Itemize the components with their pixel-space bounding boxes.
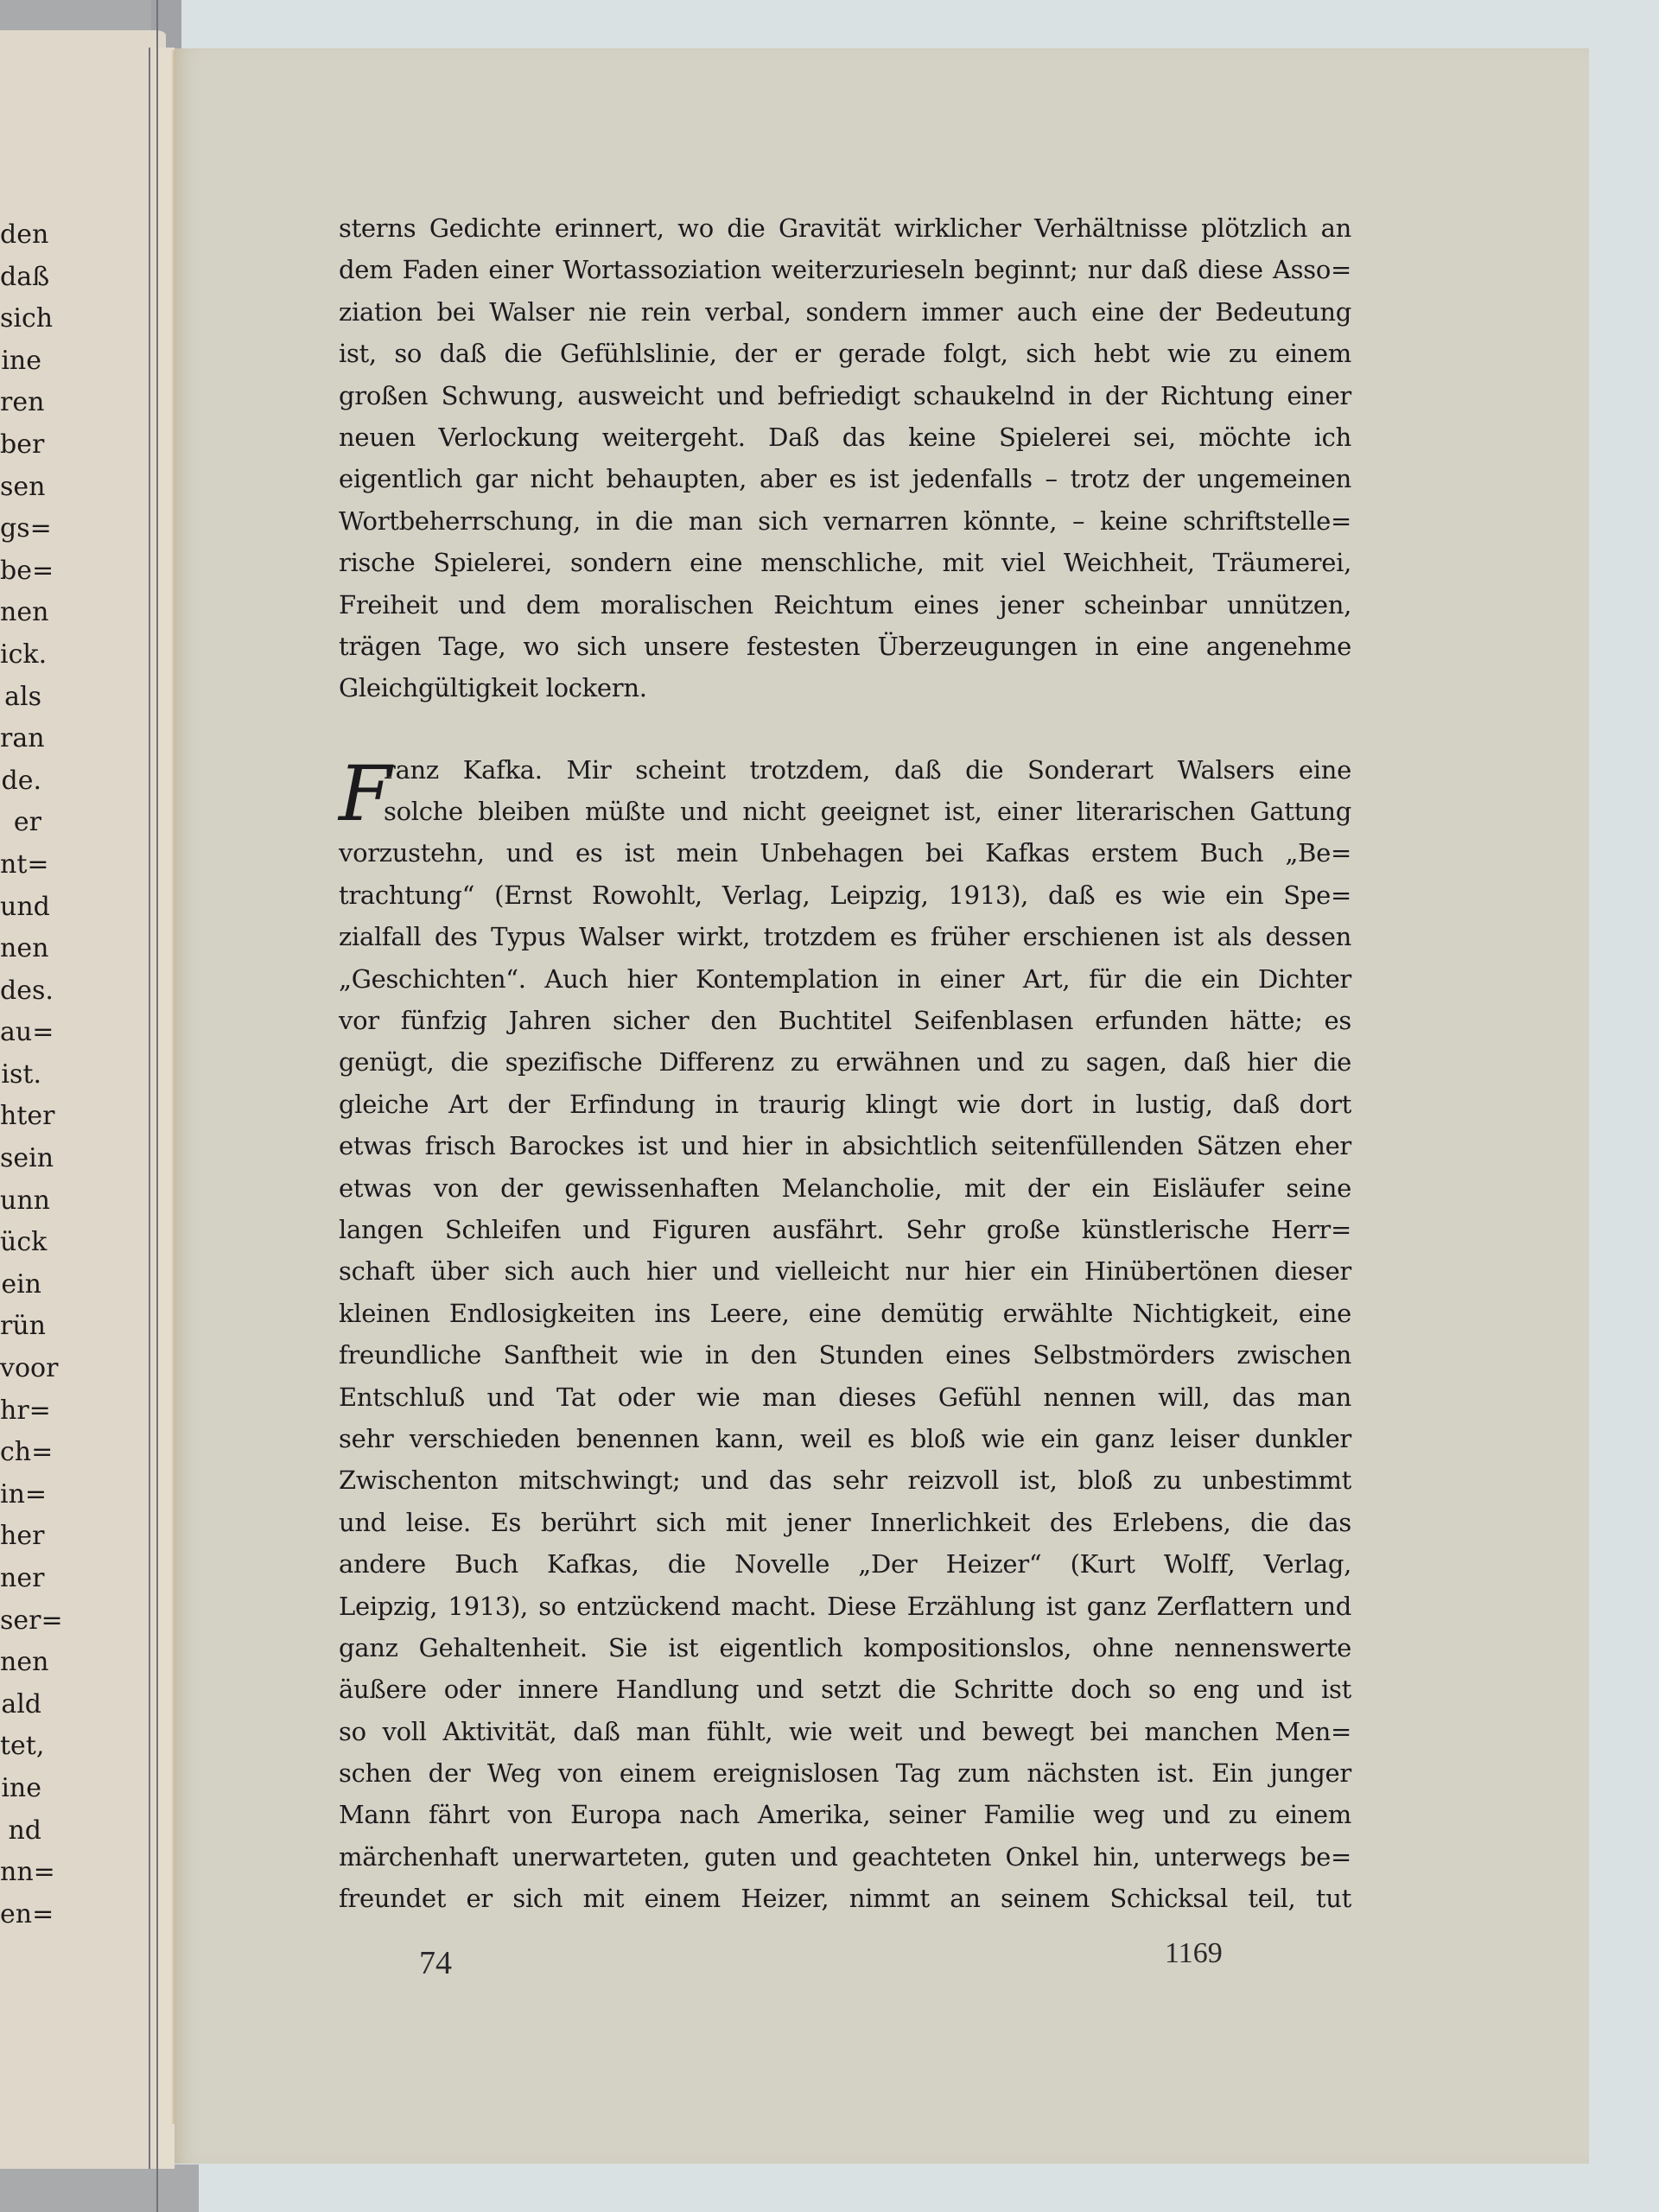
left-text-fragment: her bbox=[0, 1516, 41, 1558]
text-line: vor fünfzig Jahren sicher den Buchtitel … bbox=[339, 1000, 1351, 1041]
text-line: Zwischenton mitschwingt; und das sehr re… bbox=[339, 1459, 1351, 1501]
text-line: sterns Gedichte erinnert, wo die Gravitä… bbox=[339, 207, 1351, 249]
left-text-fragment: hr= bbox=[0, 1390, 41, 1433]
paragraph-gap bbox=[339, 709, 1351, 749]
left-text-fragment: ser= bbox=[0, 1600, 41, 1643]
text-line: kleinen Endlosigkeiten ins Leere, eine d… bbox=[339, 1293, 1351, 1334]
text-line: märchenhaft unerwarteten, guten und geac… bbox=[339, 1836, 1351, 1878]
left-text-fragment: und bbox=[0, 887, 41, 929]
text-line: ranz Kafka. Mir scheint trotzdem, daß di… bbox=[339, 749, 1351, 791]
text-line: Freiheit und dem moralischen Reichtum ei… bbox=[339, 584, 1351, 626]
text-line: Mann fährt von Europa nach Amerika, sein… bbox=[339, 1794, 1351, 1835]
text-line: solche bleiben müßte und nicht geeignet … bbox=[339, 791, 1351, 832]
text-line: schaft über sich auch hier und vielleich… bbox=[339, 1250, 1351, 1292]
left-text-fragment: ick. bbox=[0, 634, 41, 677]
left-text-fragment: ch= bbox=[0, 1432, 41, 1474]
text-line: Wortbeherrschung, in die man sich vernar… bbox=[339, 500, 1351, 542]
left-text-fragment: au= bbox=[0, 1012, 41, 1054]
left-text-fragment: be= bbox=[0, 550, 41, 593]
left-text-fragment: nen bbox=[0, 592, 41, 634]
left-text-fragment: sein bbox=[0, 1138, 41, 1180]
left-text-fragment: als bbox=[0, 677, 41, 719]
left-text-fragment: ück bbox=[0, 1222, 41, 1264]
left-text-fragment: nen bbox=[0, 928, 41, 970]
left-text-fragment: ine bbox=[0, 1768, 41, 1810]
left-text-fragment: voor bbox=[0, 1348, 41, 1390]
left-text-fragment: hter bbox=[0, 1096, 41, 1138]
text-line: freundet er sich mit einem Heizer, nimmt… bbox=[339, 1878, 1351, 1919]
text-line: dem Faden einer Wortassoziation weiterzu… bbox=[339, 249, 1351, 290]
left-text-fragment: nd bbox=[0, 1810, 41, 1853]
left-text-fragment: tet, bbox=[0, 1726, 41, 1768]
text-line: „Geschichten“. Auch hier Kontemplation i… bbox=[339, 958, 1351, 1000]
text-line: zialfall des Typus Walser wirkt, trotzde… bbox=[339, 916, 1351, 957]
text-line: großen Schwung, ausweicht und befriedigt… bbox=[339, 375, 1351, 416]
page-number-outer: 1169 bbox=[1165, 1937, 1223, 1970]
page-edge-line bbox=[149, 48, 150, 2169]
left-text-fragment: ren bbox=[0, 382, 41, 424]
dropcap-letter: F bbox=[339, 756, 391, 832]
paragraph-kafka: F ranz Kafka. Mir scheint trotzdem, daß … bbox=[339, 749, 1351, 1920]
left-text-fragment: er bbox=[0, 802, 41, 844]
left-text-fragment: en= bbox=[0, 1894, 41, 1936]
left-text-fragment: nt= bbox=[0, 844, 41, 887]
text-line: Gleichgültigkeit lockern. bbox=[339, 667, 1351, 709]
left-text-fragment: gs= bbox=[0, 508, 41, 550]
text-line: schen der Weg von einem ereignislosen Ta… bbox=[339, 1752, 1351, 1794]
paragraph-walser: sterns Gedichte erinnert, wo die Gravitä… bbox=[339, 207, 1351, 709]
text-line: sehr verschieden benennen kann, weil es … bbox=[339, 1418, 1351, 1459]
body-text: sterns Gedichte erinnert, wo die Gravitä… bbox=[339, 207, 1351, 1920]
text-line: trachtung“ (Ernst Rowohlt, Verlag, Leipz… bbox=[339, 874, 1351, 916]
text-line: etwas von der gewissenhaften Melancholie… bbox=[339, 1167, 1351, 1209]
text-line: und leise. Es berührt sich mit jener Inn… bbox=[339, 1502, 1351, 1543]
left-text-fragment: des. bbox=[0, 970, 41, 1013]
left-text-fragment: ald bbox=[0, 1684, 41, 1726]
left-text-fragment: den bbox=[0, 214, 41, 257]
left-text-fragment: rün bbox=[0, 1306, 41, 1348]
left-text-fragment: de. bbox=[0, 760, 41, 803]
left-text-fragment: ber bbox=[0, 424, 41, 467]
text-line: neuen Verlockung weitergeht. Daß das kei… bbox=[339, 416, 1351, 458]
text-line: Leipzig, 1913), so entzückend macht. Die… bbox=[339, 1586, 1351, 1627]
left-page-text-fragments: dendaßsichinerenbersengs=be=nenick.alsra… bbox=[0, 214, 41, 1935]
text-line: eigentlich gar nicht behaupten, aber es … bbox=[339, 458, 1351, 499]
left-text-fragment: nen bbox=[0, 1642, 41, 1684]
text-line: rische Spielerei, sondern eine menschlic… bbox=[339, 542, 1351, 583]
text-line: genügt, die spezifische Differenz zu erw… bbox=[339, 1041, 1351, 1083]
left-text-fragment: ner bbox=[0, 1558, 41, 1600]
text-line: andere Buch Kafkas, die Novelle „Der Hei… bbox=[339, 1543, 1351, 1585]
text-line: freundliche Sanftheit wie in den Stunden… bbox=[339, 1334, 1351, 1376]
page-number-inner: 74 bbox=[419, 1944, 452, 1982]
left-text-fragment: daß bbox=[0, 257, 41, 299]
background-bottom-left bbox=[0, 2164, 199, 2212]
left-text-fragment: unn bbox=[0, 1180, 41, 1223]
left-text-fragment: ine bbox=[0, 340, 41, 383]
text-line: so voll Aktivität, daß man fühlt, wie we… bbox=[339, 1711, 1351, 1752]
text-line: ganz Gehaltenheit. Sie ist eigentlich ko… bbox=[339, 1627, 1351, 1669]
left-text-fragment: ist. bbox=[0, 1054, 41, 1096]
left-text-fragment: in= bbox=[0, 1474, 41, 1516]
text-line: ist, so daß die Gefühlslinie, der er ger… bbox=[339, 333, 1351, 374]
text-line: ziation bei Walser nie rein verbal, sond… bbox=[339, 291, 1351, 333]
page-edge-line bbox=[156, 0, 158, 2212]
text-line: langen Schleifen und Figuren ausfährt. S… bbox=[339, 1209, 1351, 1250]
right-page: sterns Gedichte erinnert, wo die Gravitä… bbox=[175, 48, 1589, 2164]
text-line: Entschluß und Tat oder wie man dieses Ge… bbox=[339, 1376, 1351, 1418]
text-line: gleiche Art der Erfindung in traurig kli… bbox=[339, 1084, 1351, 1125]
text-line: etwas frisch Barockes ist und hier in ab… bbox=[339, 1125, 1351, 1166]
text-line: äußere oder innere Handlung und setzt di… bbox=[339, 1669, 1351, 1710]
left-text-fragment: sen bbox=[0, 467, 41, 509]
left-text-fragment: nn= bbox=[0, 1852, 41, 1894]
left-text-fragment: ein bbox=[0, 1264, 41, 1306]
text-line: vorzustehn, und es ist mein Unbehagen be… bbox=[339, 832, 1351, 874]
left-text-fragment: ran bbox=[0, 718, 41, 760]
left-text-fragment: sich bbox=[0, 298, 41, 340]
left-page: dendaßsichinerenbersengs=be=nenick.alsra… bbox=[0, 30, 166, 2169]
text-line: trägen Tage, wo sich unsere festesten Üb… bbox=[339, 626, 1351, 667]
